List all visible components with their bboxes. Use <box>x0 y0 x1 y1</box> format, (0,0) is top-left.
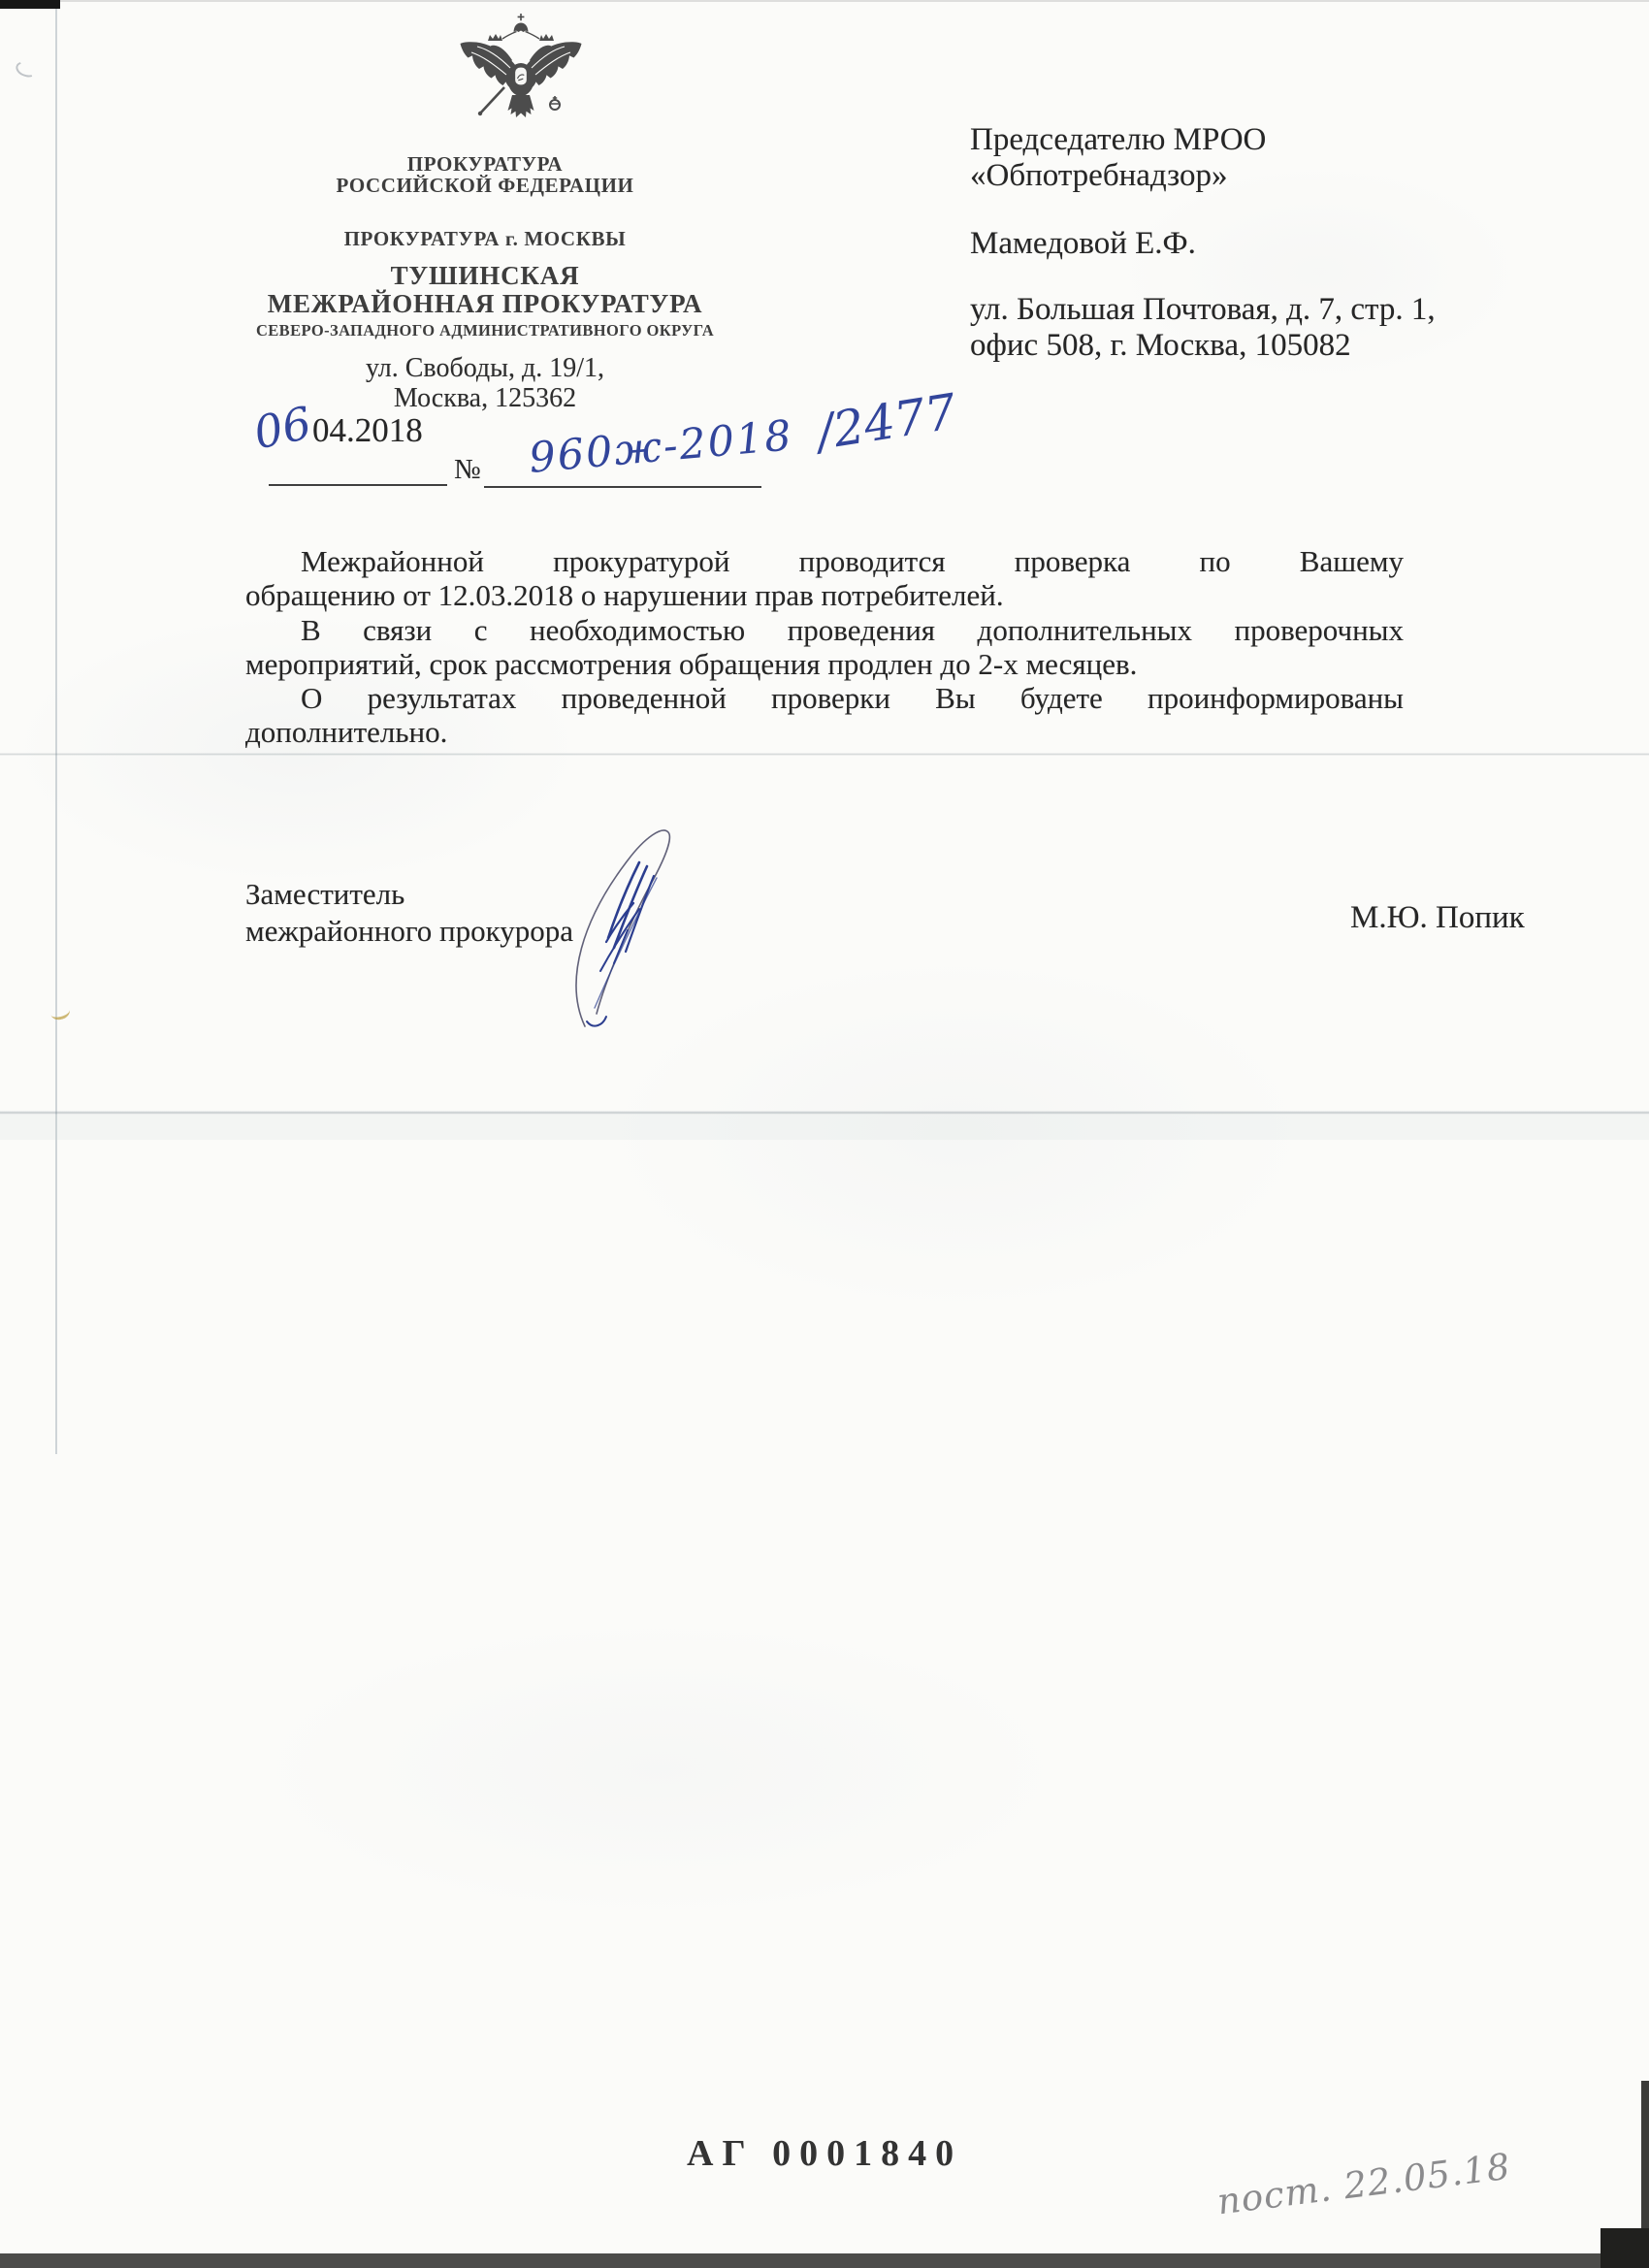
stain-mark-yellow <box>48 1003 71 1022</box>
fold-crease-shadow <box>0 1115 1649 1140</box>
body-line: дополнительно. <box>245 715 1404 749</box>
body-line: В связи с необходимостью проведения допо… <box>245 613 1404 647</box>
signer-title-line1: Заместитель <box>245 876 573 913</box>
signer-name: М.Ю. Попик <box>1350 900 1525 936</box>
double-headed-eagle-icon <box>458 14 584 147</box>
date-printed: 04.2018 <box>312 411 423 450</box>
form-serial-number: АГ 0001840 <box>687 2132 962 2175</box>
letterhead-address-line2: Москва, 125362 <box>145 383 824 413</box>
paper-edge-line <box>55 9 57 1454</box>
signer-title: Заместитель межрайонного прокурора <box>245 876 573 949</box>
scanned-letter-page: ПРОКУРАТУРА РОССИЙСКОЙ ФЕДЕРАЦИИ ПРОКУРА… <box>0 0 1649 2268</box>
org-name-line3: ПРОКУРАТУРА г. МОСКВЫ <box>145 228 824 250</box>
scan-edge-bottom <box>0 2253 1649 2268</box>
org-name-line5: МЕЖРАЙОННАЯ ПРОКУРАТУРА <box>145 290 824 318</box>
number-sign: № <box>454 454 481 486</box>
scan-edge-top <box>60 0 1649 2</box>
smudge-mark <box>14 59 39 81</box>
recipient-line4: ул. Большая Почтовая, д. 7, стр. 1, <box>970 292 1600 328</box>
recipient-line1: Председателю МРОО <box>970 122 1600 158</box>
org-name-line6: СЕВЕРО-ЗАПАДНОГО АДМИНИСТРАТИВНОГО ОКРУГ… <box>145 321 824 340</box>
org-name-line4: ТУШИНСКАЯ <box>145 262 824 290</box>
letter-body: Межрайонной прокуратурой проводится пров… <box>245 544 1404 750</box>
signer-title-line2: межрайонного прокурора <box>245 913 573 950</box>
recipient-line3: Мамедовой Е.Ф. <box>970 226 1600 262</box>
letterhead-address-line1: ул. Свободы, д. 19/1, <box>145 353 824 383</box>
number-underline <box>484 486 761 488</box>
scan-corner-bottom-right <box>1600 2228 1649 2268</box>
fold-crease-lower <box>0 1111 1649 1115</box>
recipient-block: Председателю МРОО «Обпотребнадзор» Мамед… <box>970 122 1600 364</box>
recipient-line5: офис 508, г. Москва, 105082 <box>970 328 1600 364</box>
outgoing-number-handwritten: 960ж-2018 <box>527 411 794 483</box>
body-line: О результатах проведенной проверки Вы бу… <box>245 681 1404 715</box>
scan-edge-top-left <box>0 0 60 9</box>
signature-ink <box>556 818 696 1039</box>
date-underline <box>269 484 447 486</box>
body-line: мероприятий, срок рассмотрения обращения… <box>245 647 1404 681</box>
recipient-line2: «Обпотребнадзор» <box>970 158 1600 194</box>
body-line: Межрайонной прокуратурой проводится пров… <box>245 544 1404 578</box>
letterhead-block: ПРОКУРАТУРА РОССИЙСКОЙ ФЕДЕРАЦИИ ПРОКУРА… <box>145 153 824 413</box>
org-name-line1: ПРОКУРАТУРА <box>145 153 824 175</box>
org-name-line2: РОССИЙСКОЙ ФЕДЕРАЦИИ <box>145 175 824 196</box>
pencil-registration-note: пост. 22.05.18 <box>1215 2146 1513 2223</box>
body-line: обращению от 12.03.2018 о нарушении прав… <box>245 578 1404 612</box>
fold-crease-upper <box>0 753 1649 756</box>
date-day-handwritten: 06 <box>249 397 315 460</box>
outgoing-number-suffix-handwritten: /2477 <box>813 383 959 461</box>
